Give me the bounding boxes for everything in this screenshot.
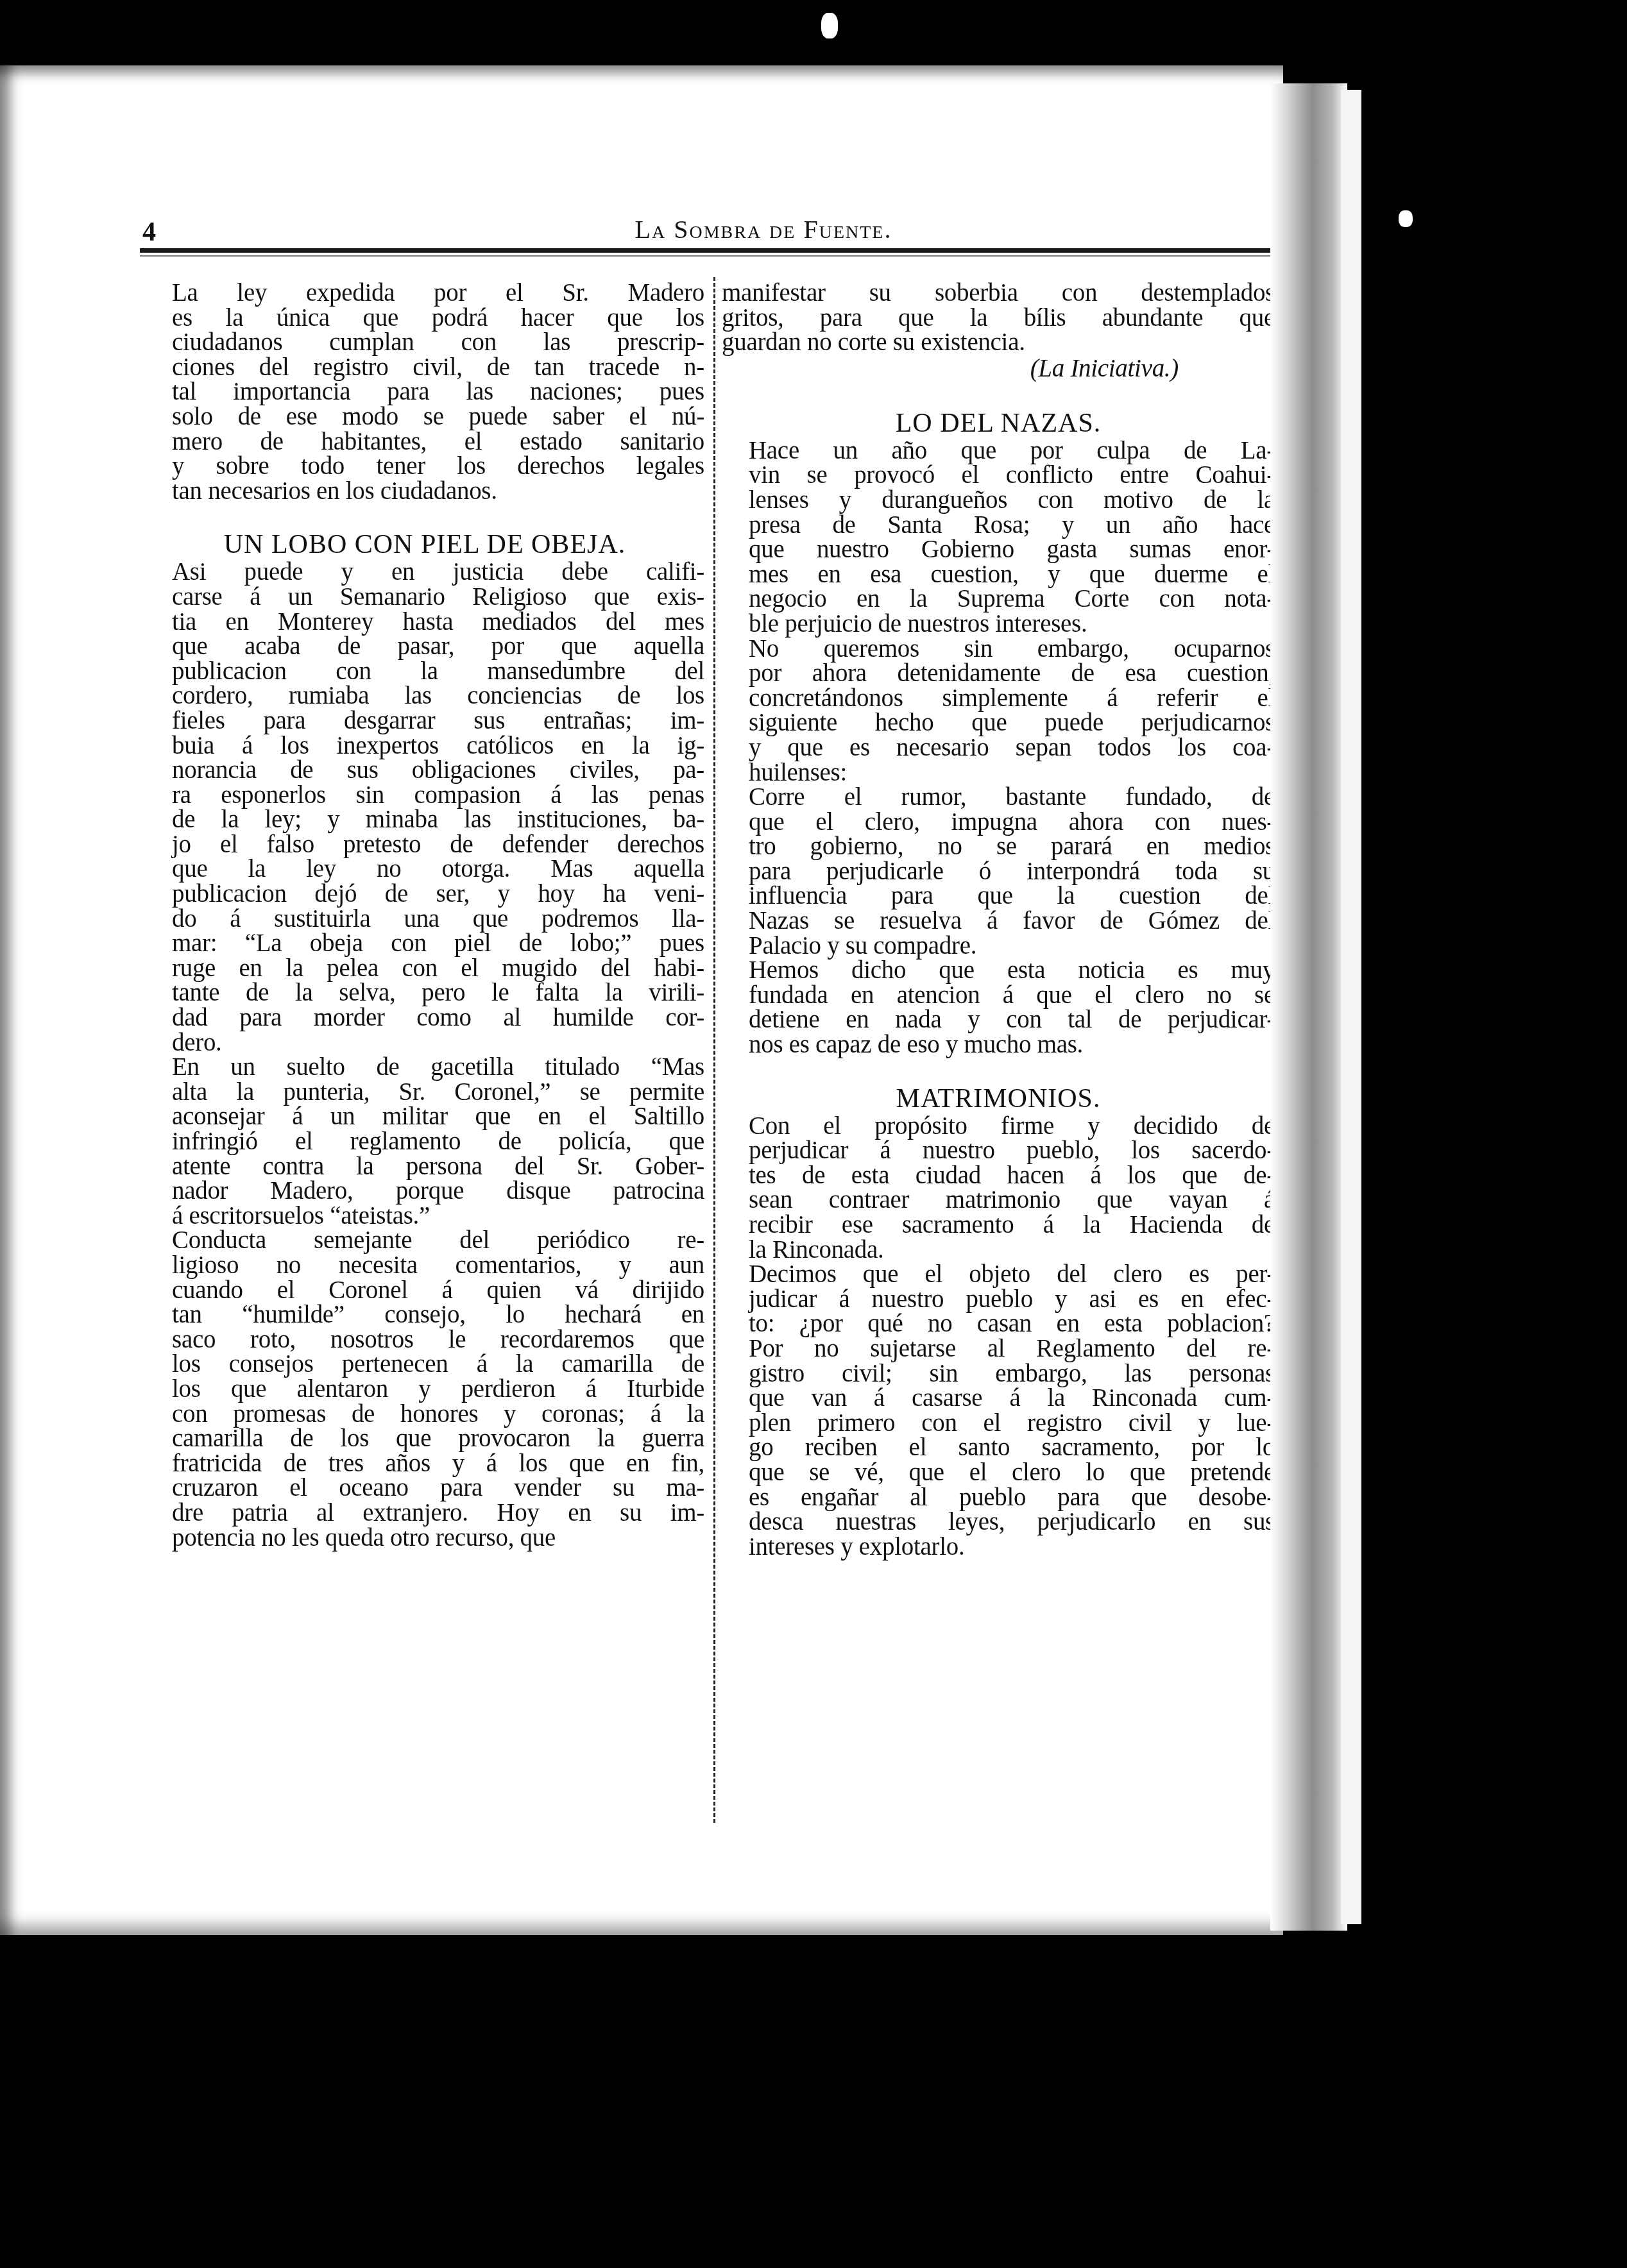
header-rule-thin <box>140 255 1279 257</box>
text-line: alta la punteria, Sr. Coronel,” se permi… <box>145 1080 704 1105</box>
scan-speck <box>1399 210 1413 227</box>
text-line: que acaba de pasar, por que aquella <box>145 634 704 659</box>
paragraph: En un suelto de gacetilla titulado “Masa… <box>145 1055 704 1228</box>
text-line: buia á los inexpertos católicos en la ig… <box>145 734 704 759</box>
text-line: tan necesarios en los ciudadanos. <box>145 479 704 504</box>
text-line: to: ¿por qué no casan en esta poblacion? <box>722 1312 1275 1337</box>
binding-shadow <box>1270 83 1347 1931</box>
text-line: ble perjuicio de nuestros intereses. <box>722 612 1275 637</box>
text-line: vin se provocó el conflicto entre Coahui… <box>722 463 1275 488</box>
text-line: Nazas se resuelva á favor de Gómez del <box>722 909 1275 934</box>
text-line: Conducta semejante del periódico re- <box>145 1228 704 1253</box>
right-column: manifestar su soberbia con destempladosg… <box>722 281 1275 1559</box>
text-line: Corre el rumor, bastante fundado, de <box>722 785 1275 810</box>
text-line: judicar á nuestro pueblo y asi es en efe… <box>722 1287 1275 1312</box>
text-line: No queremos sin embargo, ocuparnos <box>722 637 1275 662</box>
text-line: que se vé, que el clero lo que pretende <box>722 1460 1275 1485</box>
text-line: ra esponerlos sin compasion á las penas <box>145 783 704 808</box>
text-line: publicacion dejó de ser, y hoy ha veni- <box>145 882 704 907</box>
text-line: dre patria al extranjero. Hoy en su im- <box>145 1501 704 1526</box>
spacer <box>722 1058 1275 1083</box>
paragraph: No queremos sin embargo, ocuparnospor ah… <box>722 637 1275 786</box>
paragraph: Conducta semejante del periódico re-ligi… <box>145 1228 704 1550</box>
text-line: cruzaron el oceano para vender su ma- <box>145 1476 704 1501</box>
text-line: Por no sujetarse al Reglamento del re- <box>722 1337 1275 1362</box>
text-line: los consejos pertenecen á la camarilla d… <box>145 1352 704 1377</box>
text-line: mar: “La obeja con piel de lobo;” pues <box>145 931 704 956</box>
text-line: Con el propósito firme y decidido de <box>722 1114 1275 1139</box>
text-line: influencia para que la cuestion del <box>722 884 1275 909</box>
text-line: Hace un año que por culpa de La- <box>722 439 1275 464</box>
text-line: nador Madero, porque disque patrocina <box>145 1179 704 1204</box>
text-line: norancia de sus obligaciones civiles, pa… <box>145 758 704 783</box>
text-line: infringió el reglamento de policía, que <box>145 1130 704 1155</box>
text-line: camarilla de los que provocaron la guerr… <box>145 1426 704 1451</box>
text-line: para perjudicarle ó interpondrá toda su <box>722 859 1275 884</box>
text-line: ciones del registro civil, de tan traced… <box>145 355 704 380</box>
text-line: mero de habitantes, el estado sanitario <box>145 430 704 455</box>
text-line: La ley expedida por el Sr. Madero <box>145 281 704 306</box>
spacer <box>145 504 704 529</box>
text-line: huilenses: <box>722 761 1275 786</box>
text-line: fratricida de tres años y á los que en f… <box>145 1451 704 1477</box>
page-number: 4 <box>142 217 156 248</box>
text-line: sean contraer matrimonio que vayan á <box>722 1188 1275 1213</box>
text-line: go reciben el santo sacramento, por lo <box>722 1435 1275 1460</box>
text-line: á escritorsuelos “ateistas.” <box>145 1204 704 1229</box>
text-line: y que es necesario sepan todos los coa- <box>722 736 1275 761</box>
text-line: y sobre todo tener los derechos legales <box>145 454 704 479</box>
text-line: tante de la selva, pero le falta la viri… <box>145 981 704 1006</box>
spacer <box>722 382 1275 408</box>
text-line: gistro civil; sin embargo, las personas <box>722 1362 1275 1387</box>
text-line: concretándonos simplemente á referir el <box>722 686 1275 711</box>
text-line: aconsejar á un militar que en el Saltill… <box>145 1104 704 1130</box>
paragraph: Con el propósito firme y decidido deperj… <box>722 1114 1275 1263</box>
text-line: solo de ese modo se puede saber el nú- <box>145 405 704 430</box>
text-line: tia en Monterey hasta mediados del mes <box>145 610 704 635</box>
text-line: gritos, para que la bílis abundante que <box>722 306 1275 331</box>
text-line: de la ley; y minaba las instituciones, b… <box>145 808 704 833</box>
text-line: tal importancia para las naciones; pues <box>145 380 704 405</box>
text-line: presa de Santa Rosa; y un año hace <box>722 513 1275 538</box>
text-line: siguiente hecho que puede perjudicarnos <box>722 711 1275 736</box>
article-heading: UN LOBO CON PIEL DE OBEJA. <box>145 529 704 560</box>
paragraph: Corre el rumor, bastante fundado, deque … <box>722 785 1275 958</box>
paragraph: Decimos que el objeto del clero es per-j… <box>722 1262 1275 1559</box>
source-attribution: (La Iniciativa.) <box>722 355 1275 382</box>
text-line: la Rinconada. <box>722 1238 1275 1263</box>
article-heading: LO DEL NAZAS. <box>722 408 1275 439</box>
text-line: potencia no les queda otro recurso, que <box>145 1526 704 1551</box>
text-line: los que alentaron y perdieron á Iturbide <box>145 1377 704 1402</box>
paragraph: Asi puede y en justicia debe califi-cars… <box>145 560 704 1055</box>
scan-speck <box>821 13 838 38</box>
page-edge <box>1341 90 1361 1924</box>
header-rule-thick <box>140 248 1279 253</box>
text-line: atente contra la persona del Sr. Gober- <box>145 1155 704 1180</box>
paragraph: Hace un año que por culpa de La-vin se p… <box>722 439 1275 637</box>
text-line: saco roto, nosotros le recordaremos que <box>145 1328 704 1353</box>
text-line: es la única que podrá hacer que los <box>145 306 704 331</box>
text-line: En un suelto de gacetilla titulado “Mas <box>145 1055 704 1080</box>
text-line: ciudadanos cumplan con las prescrip- <box>145 330 704 355</box>
column-divider <box>713 277 715 1823</box>
text-line: cordero, rumiaba las conciencias de los <box>145 684 704 709</box>
newspaper-page: 4 La Sombra de Fuente. La ley expedida p… <box>0 65 1283 1935</box>
text-line: publicacion con la mansedumbre del <box>145 659 704 684</box>
text-line: fieles para desgarrar sus entrañas; im- <box>145 709 704 734</box>
left-column: La ley expedida por el Sr. Maderoes la ú… <box>145 281 704 1550</box>
text-line: dero. <box>145 1031 704 1056</box>
text-line: ligioso no necesita comentarios, y aun <box>145 1253 704 1278</box>
article-heading: MATRIMONIOS. <box>722 1083 1275 1114</box>
text-line: Decimos que el objeto del clero es per- <box>722 1262 1275 1287</box>
text-line: tan “humilde” consejo, lo hechará en <box>145 1303 704 1328</box>
text-line: cuando el Coronel á quien vá dirijido <box>145 1278 704 1303</box>
text-line: por ahora detenidamente de esa cuestion, <box>722 661 1275 686</box>
text-line: detiene en nada y con tal de perjudicar- <box>722 1008 1275 1033</box>
text-line: desca nuestras leyes, perjudicarlo en su… <box>722 1510 1275 1535</box>
text-line: intereses y explotarlo. <box>722 1535 1275 1560</box>
text-line: ruge en la pelea con el mugido del habi- <box>145 956 704 981</box>
text-line: guardan no corte su existencia. <box>722 330 1275 355</box>
text-line: nos es capaz de eso y mucho mas. <box>722 1033 1275 1058</box>
text-line: plen primero con el registro civil y lue… <box>722 1411 1275 1436</box>
text-line: Hemos dicho que esta noticia es muy <box>722 958 1275 983</box>
text-line: que van á casarse á la Rinconada cum- <box>722 1386 1275 1411</box>
text-line: tro gobierno, no se parará en medios <box>722 834 1275 859</box>
text-line: tes de esta ciudad hacen á los que de- <box>722 1164 1275 1189</box>
text-line: Asi puede y en justicia debe califi- <box>145 560 704 585</box>
text-line: perjudicar á nuestro pueblo, los sacerdo… <box>722 1138 1275 1164</box>
text-line: negocio en la Suprema Corte con nota- <box>722 587 1275 612</box>
text-line: que el clero, impugna ahora con nues- <box>722 810 1275 835</box>
text-line: manifestar su soberbia con destemplados <box>722 281 1275 306</box>
running-title: La Sombra de Fuente. <box>565 214 962 244</box>
text-line: mes en esa cuestion, y que duerme el <box>722 563 1275 588</box>
text-line: lenses y durangueños con motivo de la <box>722 488 1275 513</box>
text-line: carse á un Semanario Religioso que exis- <box>145 585 704 610</box>
text-line: recibir ese sacramento á la Hacienda de <box>722 1213 1275 1238</box>
paragraph: La ley expedida por el Sr. Maderoes la ú… <box>145 281 704 504</box>
text-line: con promesas de honores y coronas; á la <box>145 1402 704 1427</box>
text-line: dad para morder como al humilde cor- <box>145 1006 704 1031</box>
paragraph: Hemos dicho que esta noticia es muyfunda… <box>722 958 1275 1057</box>
text-line: do á sustituirla una que podremos lla- <box>145 907 704 932</box>
text-line: fundada en atencion á que el clero no se <box>722 983 1275 1008</box>
paragraph: manifestar su soberbia con destempladosg… <box>722 281 1275 355</box>
text-line: jo el falso pretesto de defender derecho… <box>145 833 704 858</box>
text-line: Palacio y su compadre. <box>722 934 1275 959</box>
text-line: que la ley no otorga. Mas aquella <box>145 857 704 882</box>
text-line: que nuestro Gobierno gasta sumas enor- <box>722 537 1275 563</box>
text-line: es engañar al pueblo para que desobe- <box>722 1485 1275 1511</box>
